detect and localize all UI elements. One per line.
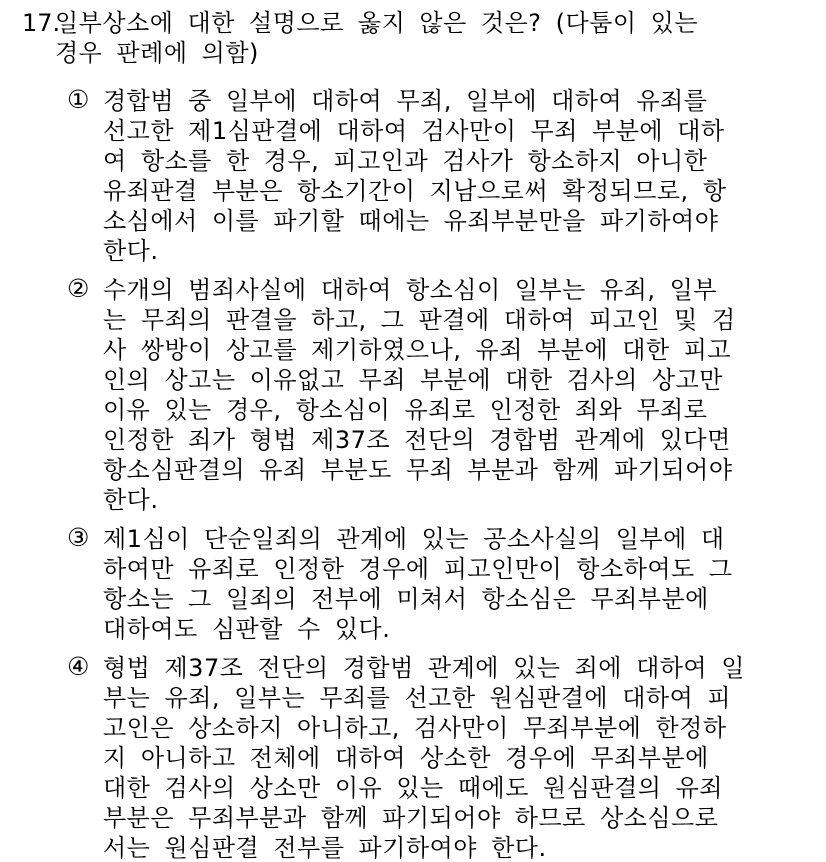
options-list: ① 경합범 중 일부에 대하여 무죄, 일부에 대하여 유죄를선고한 제1심판결… xyxy=(0,86,826,862)
option-text: 경합범 중 일부에 대하여 무죄, 일부에 대하여 유죄를선고한 제1심판결에 … xyxy=(103,86,826,266)
option-marker-icon: ② xyxy=(67,274,89,304)
option-2-line: 수개의 범죄사실에 대하여 항소심이 일부는 유죄, 일부 xyxy=(103,275,826,305)
question-line: 일부상소에 대한 설명으로 옳지 않은 것은? (다툼이 있는 xyxy=(55,8,826,38)
option-4-line: 서는 원심판결 전부를 파기하여야 한다. xyxy=(103,833,826,862)
option-2-line: 항소심판결의 유죄 부분도 무죄 부분과 함께 파기되어야 xyxy=(103,455,826,485)
option-2-line: 인정한 죄가 형법 제37조 전단의 경합범 관계에 있다면 xyxy=(103,425,826,455)
option-4: ④ 형법 제37조 전단의 경합범 관계에 있는 죄에 대하여 일부는 유죄, … xyxy=(0,653,826,862)
option-3-line: 하여만 유죄로 인정한 경우에 피고인만이 항소하여도 그 xyxy=(103,554,826,584)
option-1-line: 선고한 제1심판결에 대하여 검사만이 무죄 부분에 대하 xyxy=(103,116,826,146)
option-1-line: 한다. xyxy=(103,236,826,266)
option-marker-icon: ① xyxy=(67,85,89,115)
option-text: 형법 제37조 전단의 경합범 관계에 있는 죄에 대하여 일부는 유죄, 일부… xyxy=(103,653,826,862)
option-4-line: 지 아니하고 전체에 대하여 상소한 경우에 무죄부분에 xyxy=(103,743,826,773)
option-4-line: 형법 제37조 전단의 경합범 관계에 있는 죄에 대하여 일 xyxy=(103,653,826,683)
option-text: 제1심이 단순일죄의 관계에 있는 공소사실의 일부에 대하여만 유죄로 인정한… xyxy=(103,524,826,644)
question-line: 경우 판례에 의함) xyxy=(55,38,826,68)
option-text: 수개의 범죄사실에 대하여 항소심이 일부는 유죄, 일부는 무죄의 판결을 하… xyxy=(103,275,826,515)
option-2: ② 수개의 범죄사실에 대하여 항소심이 일부는 유죄, 일부는 무죄의 판결을… xyxy=(0,275,826,515)
option-1-line: 소심에서 이를 파기할 때에는 유죄부분만을 파기하여야 xyxy=(103,206,826,236)
option-4-line: 고인은 상소하지 아니하고, 검사만이 무죄부분에 한정하 xyxy=(103,713,826,743)
option-2-line: 사 쌍방이 상고를 제기하였으나, 유죄 부분에 대한 피고 xyxy=(103,335,826,365)
option-marker-icon: ④ xyxy=(67,652,89,682)
option-1-line: 경합범 중 일부에 대하여 무죄, 일부에 대하여 유죄를 xyxy=(103,86,826,116)
question-text: 일부상소에 대한 설명으로 옳지 않은 것은? (다툼이 있는경우 판례에 의함… xyxy=(55,8,826,68)
option-2-line: 한다. xyxy=(103,485,826,515)
option-3: ③ 제1심이 단순일죄의 관계에 있는 공소사실의 일부에 대하여만 유죄로 인… xyxy=(0,524,826,644)
option-1: ① 경합범 중 일부에 대하여 무죄, 일부에 대하여 유죄를선고한 제1심판결… xyxy=(0,86,826,266)
option-4-line: 부분은 무죄부분과 함께 파기되어야 하므로 상소심으로 xyxy=(103,803,826,833)
option-marker-icon: ③ xyxy=(67,523,89,553)
option-1-line: 유죄판결 부분은 항소기간이 지남으로써 확정되므로, 항 xyxy=(103,176,826,206)
option-2-line: 는 무죄의 판결을 하고, 그 판결에 대하여 피고인 및 검 xyxy=(103,305,826,335)
option-3-line: 항소는 그 일죄의 전부에 미쳐서 항소심은 무죄부분에 xyxy=(103,584,826,614)
option-2-line: 인의 상고는 이유없고 무죄 부분에 대한 검사의 상고만 xyxy=(103,365,826,395)
option-4-line: 부는 유죄, 일부는 무죄를 선고한 원심판결에 대하여 피 xyxy=(103,683,826,713)
question-number: 17. xyxy=(22,8,60,38)
option-4-line: 대한 검사의 상소만 이유 있는 때에도 원심판결의 유죄 xyxy=(103,773,826,803)
option-2-line: 이유 있는 경우, 항소심이 유죄로 인정한 죄와 무죄로 xyxy=(103,395,826,425)
question-block: 17. 일부상소에 대한 설명으로 옳지 않은 것은? (다툼이 있는경우 판례… xyxy=(0,8,826,68)
option-3-line: 대하여도 심판할 수 있다. xyxy=(103,614,826,644)
option-3-line: 제1심이 단순일죄의 관계에 있는 공소사실의 일부에 대 xyxy=(103,524,826,554)
exam-page: 17. 일부상소에 대한 설명으로 옳지 않은 것은? (다툼이 있는경우 판례… xyxy=(0,0,826,862)
option-1-line: 여 항소를 한 경우, 피고인과 검사가 항소하지 아니한 xyxy=(103,146,826,176)
